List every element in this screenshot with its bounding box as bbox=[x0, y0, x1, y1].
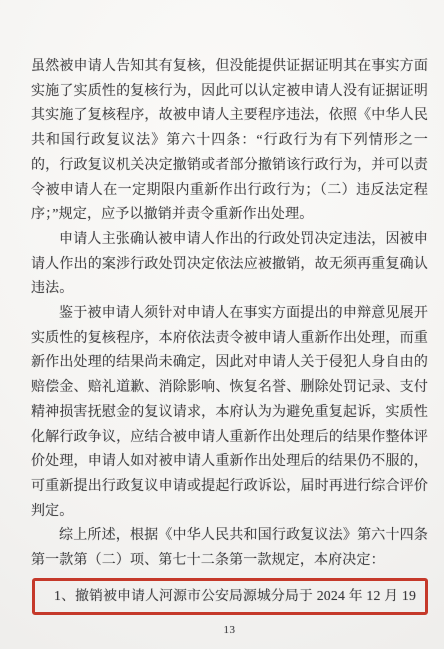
paragraph-review-procedure-illegal: 虽然被申请人告知其有复核，但没能提供证据证明其在事实方面实施了实质性的复核行为，… bbox=[31, 55, 428, 228]
document-page: 虽然被申请人告知其有复核，但没能提供证据证明其在事实方面实施了实质性的复核行为，… bbox=[0, 0, 444, 649]
decision-highlight-box: 1、撤销被申请人河源市公安局源城分局于 2024 年 12 月 19 bbox=[32, 578, 428, 615]
paragraph-no-repeat-confirmation: 申请人主张确认被申请人作出的行政处罚决定违法，因被申请人作出的案涉行政处罚决定依… bbox=[31, 228, 428, 302]
decision-item-1: 1、撤销被申请人河源市公安局源城分局于 2024 年 12 月 19 bbox=[44, 586, 419, 606]
page-number: 13 bbox=[31, 624, 428, 636]
paragraph-overall-evaluation: 鉴于被申请人须针对申请人在事实方面提出的申辩意见展开实质性的复核程序，本府依法责… bbox=[31, 302, 428, 524]
paragraph-conclusion: 综上所述，根据《中华人民共和国行政复议法》第六十四条第一款第（二）项、第七十二条… bbox=[31, 524, 428, 573]
